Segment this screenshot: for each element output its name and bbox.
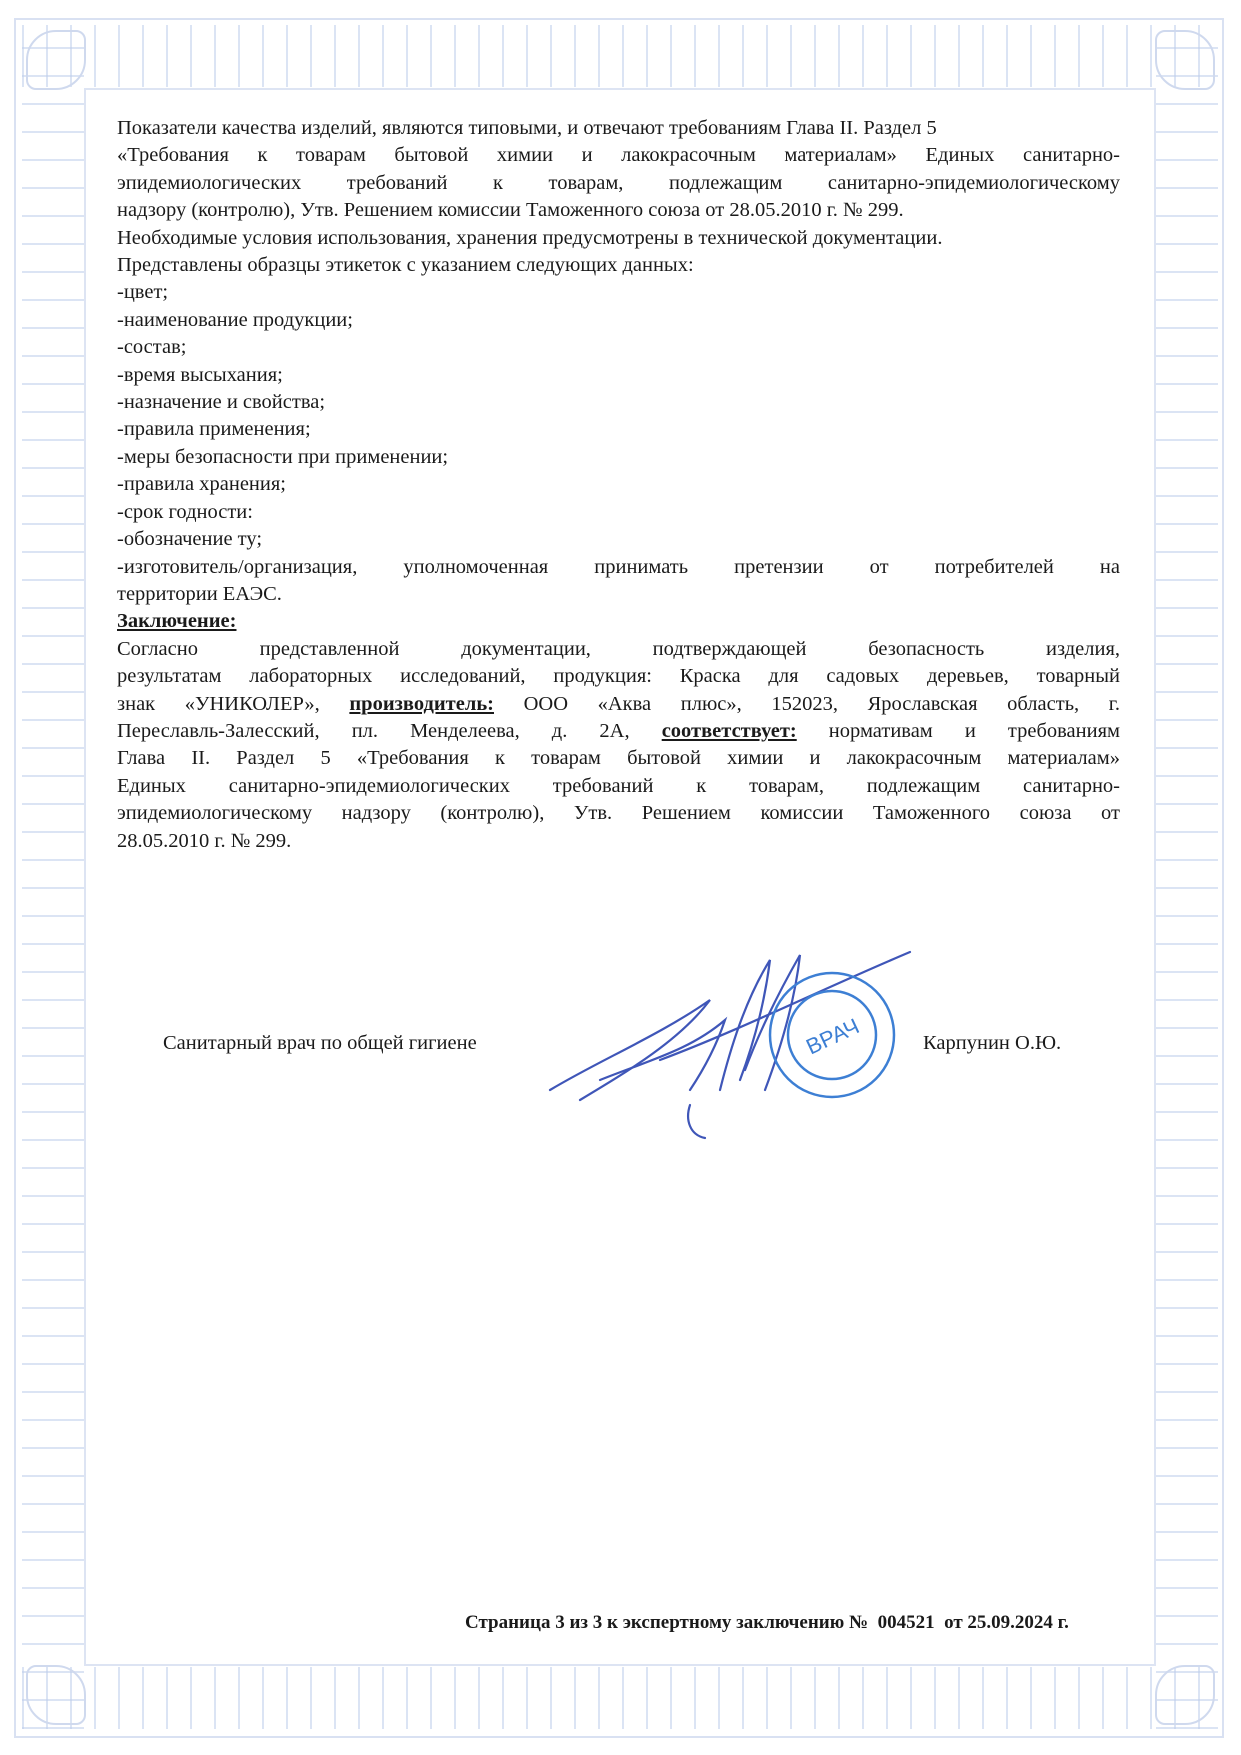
list-item: -меры безопасности при применении; [117,444,1120,471]
text-line: надзору (контролю), Утв. Решением комисс… [117,197,1120,224]
list-item: -срок годности: [117,499,1120,526]
text-line: Представлены образцы этикеток с указание… [117,252,1120,279]
text-line: Глава II. Раздел 5 «Требования к товарам… [117,745,1120,772]
signatory-name: Карпунин О.Ю. [923,1032,1061,1055]
corner-ornament-icon [26,1665,86,1725]
text-line: Переславль-Залесский, пл. Менделеева, д.… [117,718,1120,745]
text-line: эпидемиологическому надзору (контролю), … [117,800,1120,827]
text-line: результатам лабораторных исследований, п… [117,663,1120,690]
complies-label: соответствует: [662,720,797,742]
corner-ornament-icon [26,30,86,90]
signature-and-stamp-icon: ВРАЧ [540,940,960,1140]
corner-ornament-icon [1155,1665,1215,1725]
stamp-center-text: ВРАЧ [802,1013,863,1059]
text-line: Показатели качества изделий, являются ти… [117,115,1120,142]
document-body: Показатели качества изделий, являются ти… [117,115,1120,855]
page-footer: Страница 3 из 3 к экспертному заключению… [465,1612,1069,1634]
text-line: Согласно представленной документации, по… [117,636,1120,663]
list-item: -изготовитель/организация, уполномоченна… [117,554,1120,581]
intro-paragraph: Показатели качества изделий, являются ти… [117,115,1120,279]
signatory-role: Санитарный врач по общей гигиене [163,1032,477,1055]
conclusion-section: Заключение: Согласно представленной доку… [117,608,1120,855]
corner-ornament-icon [1155,30,1215,90]
text-fragment: нормативам и требованиям [797,720,1120,742]
list-item: -цвет; [117,279,1120,306]
list-item: -правила применения; [117,416,1120,443]
text-line: эпидемиологических требований к товарам,… [117,170,1120,197]
list-item: -назначение и свойства; [117,389,1120,416]
manufacturer-label: производитель: [349,693,494,715]
text-line: Необходимые условия использования, хране… [117,225,1120,252]
text-line: Единых санитарно-эпидемиологических треб… [117,773,1120,800]
text-line: 28.05.2010 г. № 299. [117,828,1120,855]
list-item: -время высыхания; [117,362,1120,389]
text-fragment: ООО «Аква плюс», 152023, Ярославская обл… [494,693,1120,715]
text-fragment: Переславль-Залесский, пл. Менделеева, д.… [117,720,662,742]
text-fragment: знак «УНИКОЛЕР», [117,693,349,715]
list-item: -правила хранения; [117,471,1120,498]
label-data-list: -цвет; -наименование продукции; -состав;… [117,279,1120,608]
list-item: -наименование продукции; [117,307,1120,334]
list-item: -состав; [117,334,1120,361]
list-item: территории ЕАЭС. [117,581,1120,608]
list-item: -обозначение ту; [117,526,1120,553]
text-line: «Требования к товарам бытовой химии и ла… [117,142,1120,169]
conclusion-heading: Заключение: [117,608,1120,635]
text-line: знак «УНИКОЛЕР», производитель: ООО «Акв… [117,691,1120,718]
